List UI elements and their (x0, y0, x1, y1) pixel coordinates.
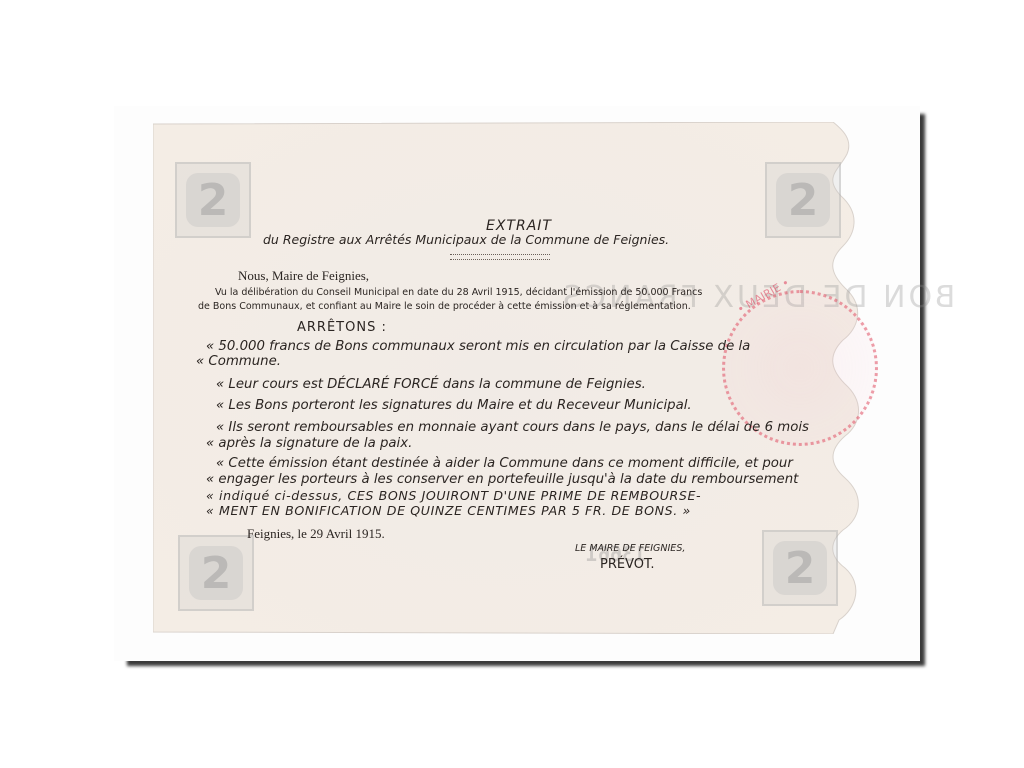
article-1-line-2: « Commune. (196, 354, 281, 369)
article-5-line-1: « Cette émission étant destinée à aider … (216, 456, 793, 471)
denomination-medallion-top-left: 2 (175, 162, 251, 238)
preamble-line-1: Vu la délibération du Conseil Municipal … (215, 287, 702, 298)
article-2: « Leur cours est DÉCLARÉ FORCÉ dans la c… (216, 377, 646, 392)
decree-label: ARRÊTONS : (297, 320, 387, 335)
ornamental-divider (450, 254, 550, 260)
article-1-line-1: « 50.000 francs de Bons communaux seront… (206, 339, 750, 354)
article-5-line-2: « engager les porteurs à les conserver e… (206, 472, 798, 487)
denomination-medallion-bottom-left: 2 (178, 535, 254, 611)
denomination-medallion-bottom-right: 2 (762, 530, 838, 606)
denomination-medallion-top-right: 2 (765, 162, 841, 238)
salutation: Nous, Maire de Feignies, (238, 268, 369, 284)
article-4-line-2: « après la signature de la paix. (206, 436, 412, 451)
place-and-date: Feignies, le 29 Avril 1915. (247, 526, 385, 542)
article-5-line-3: « indiqué ci-dessus, CES BONS JOUIRONT D… (206, 488, 701, 503)
signature-title: LE MAIRE DE FEIGNIES, (575, 543, 685, 554)
article-4-line-1: « Ils seront remboursables en monnaie ay… (216, 420, 809, 435)
article-3: « Les Bons porteront les signatures du M… (216, 398, 692, 413)
signature-name: PRÉVOT. (600, 557, 655, 572)
preamble-line-2: de Bons Communaux, et confiant au Maire … (198, 301, 691, 312)
article-5-line-4: « MENT EN BONIFICATION DE QUINZE CENTIME… (206, 503, 691, 518)
document-subheading: du Registre aux Arrêtés Municipaux de la… (263, 232, 669, 247)
